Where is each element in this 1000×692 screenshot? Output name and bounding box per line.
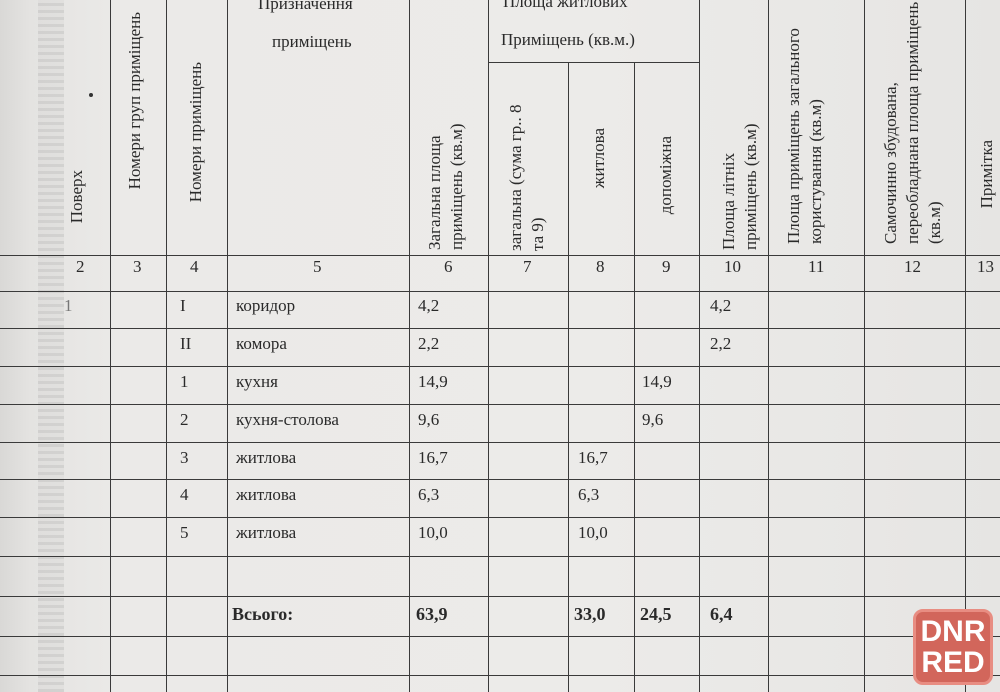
grid-line	[166, 0, 167, 692]
header-total-area: Загальна площа приміщень (кв.м)	[424, 80, 472, 250]
document-sheet: Поверх Номери груп приміщень Номери прим…	[0, 0, 1000, 692]
room-purpose: кухня	[236, 372, 278, 392]
header-auxiliary-area: допоміжна	[655, 136, 677, 214]
totals-total-area: 63,9	[416, 604, 448, 625]
grid-line	[409, 0, 410, 692]
scan-shadow	[38, 0, 64, 692]
watermark-logo: DNR RED	[913, 609, 993, 685]
room-auxiliary-area: 9,6	[642, 410, 663, 430]
room-purpose: коридор	[236, 296, 295, 316]
grid-line	[0, 255, 1000, 256]
header-living-total: загальна (сума гр.. 8 та 9)	[505, 96, 555, 251]
room-purpose: комора	[236, 334, 287, 354]
room-auxiliary-area: 14,9	[642, 372, 672, 392]
column-number: 9	[662, 257, 671, 277]
grid-line	[0, 291, 1000, 292]
header-room-numbers: Номери приміщень	[185, 62, 207, 202]
room-total-area: 16,7	[418, 448, 448, 468]
room-total-area: 10,0	[418, 523, 448, 543]
room-number: 4	[180, 485, 189, 505]
grid-line	[768, 0, 769, 692]
totals-auxiliary-area: 24,5	[640, 604, 672, 625]
grid-line	[110, 0, 111, 692]
grid-line	[634, 63, 635, 692]
header-unauthorized-area: Самочинно збудована, переобладнана площа…	[880, 0, 954, 244]
header-purpose-line1: Призначення	[258, 0, 353, 14]
grid-line	[488, 62, 700, 63]
header-living-group-line2: Приміщень (кв.м.)	[501, 30, 635, 50]
header-living-area: житлова	[588, 128, 610, 188]
scan-speck	[89, 93, 93, 97]
grid-line	[0, 404, 1000, 405]
column-number: 12	[904, 257, 921, 277]
column-number: 8	[596, 257, 605, 277]
totals-summer-area: 6,4	[710, 604, 733, 625]
room-purpose: кухня-столова	[236, 410, 339, 430]
header-group-numbers: Номери груп приміщень	[124, 12, 146, 189]
room-number: I	[180, 296, 186, 316]
grid-line	[0, 517, 1000, 518]
room-number: 3	[180, 448, 189, 468]
grid-line	[0, 636, 1000, 637]
room-total-area: 6,3	[418, 485, 439, 505]
column-number: 13	[977, 257, 994, 277]
room-summer-area: 2,2	[710, 334, 731, 354]
room-total-area: 2,2	[418, 334, 439, 354]
room-purpose: житлова	[236, 485, 296, 505]
grid-line	[0, 366, 1000, 367]
room-purpose: житлова	[236, 448, 296, 468]
grid-line	[488, 0, 489, 692]
grid-line	[227, 0, 228, 692]
room-number: 1	[180, 372, 189, 392]
column-number: 10	[724, 257, 741, 277]
totals-living-area: 33,0	[574, 604, 606, 625]
column-number: 5	[313, 257, 322, 277]
room-total-area: 4,2	[418, 296, 439, 316]
room-summer-area: 4,2	[710, 296, 731, 316]
room-number: 5	[180, 523, 189, 543]
header-note: Примітка	[976, 140, 998, 208]
grid-line	[0, 675, 1000, 676]
grid-line	[864, 0, 865, 692]
room-living-area: 16,7	[578, 448, 608, 468]
room-living-area: 10,0	[578, 523, 608, 543]
room-purpose: житлова	[236, 523, 296, 543]
grid-line	[0, 442, 1000, 443]
column-number: 4	[190, 257, 199, 277]
grid-line	[568, 63, 569, 692]
header-living-group-line1: Площа житлових	[503, 0, 628, 12]
floor-value: 1	[64, 296, 73, 316]
room-total-area: 14,9	[418, 372, 448, 392]
grid-line	[699, 0, 700, 692]
grid-line	[0, 328, 1000, 329]
header-common-area: Площа приміщень загального користування …	[783, 0, 857, 244]
header-floor: Поверх	[66, 170, 88, 223]
column-number: 7	[523, 257, 532, 277]
room-living-area: 6,3	[578, 485, 599, 505]
grid-line	[0, 479, 1000, 480]
column-number: 6	[444, 257, 453, 277]
room-number: 2	[180, 410, 189, 430]
grid-line	[965, 0, 966, 692]
column-number: 2	[76, 257, 85, 277]
room-number: II	[180, 334, 191, 354]
totals-label: Всього:	[232, 604, 293, 625]
grid-line	[0, 556, 1000, 557]
column-number: 3	[133, 257, 142, 277]
header-summer-area: Площа літніх приміщень (кв.м)	[718, 84, 766, 250]
grid-line	[0, 596, 1000, 597]
watermark-line2: RED	[916, 647, 990, 678]
header-purpose-line2: приміщень	[272, 32, 352, 52]
column-number: 11	[808, 257, 824, 277]
room-total-area: 9,6	[418, 410, 439, 430]
watermark-line1: DNR	[916, 616, 990, 647]
